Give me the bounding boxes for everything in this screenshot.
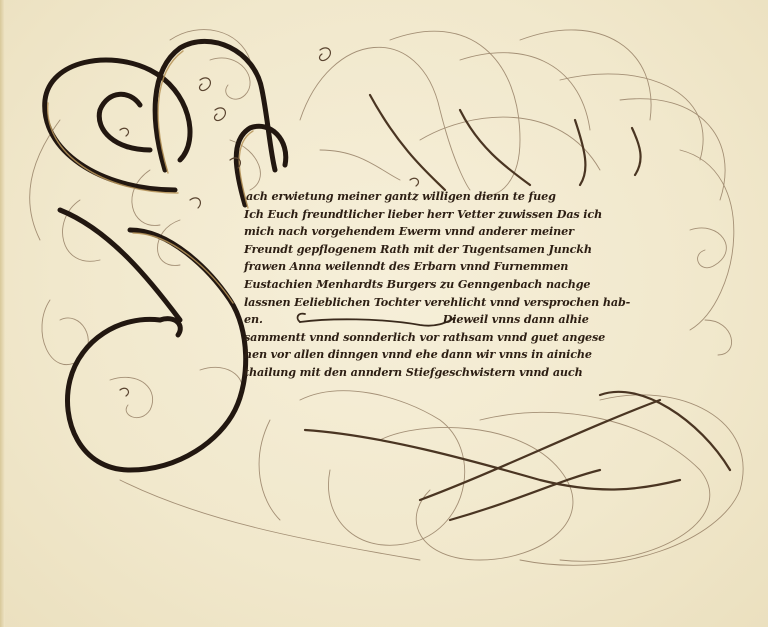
text-line: Eustachien Menhardts Burgers zu Genngenb… — [244, 276, 664, 294]
text-fragment: en. — [244, 312, 263, 326]
text-line: mich nach vorgehendem Ewerm vnnd anderer… — [244, 223, 664, 241]
text-line: hen vor allen dinngen vnnd ehe dann wir … — [244, 346, 664, 364]
text-line: Ich Euch freundtlicher lieber herr Vette… — [244, 206, 664, 224]
manuscript-page: ach erwietung meiner gantz willigen dien… — [0, 0, 768, 627]
text-line: frawen Anna weilenndt des Erbarn vnnd Fu… — [244, 258, 664, 276]
text-fragment: Dieweil vnns dann alhie — [443, 312, 589, 326]
initial-gold-shadow — [48, 51, 253, 303]
text-line: ach erwietung meiner gantz willigen dien… — [246, 188, 664, 206]
text-line: lassnen Eelieblichen Tochter verehlicht … — [244, 294, 664, 312]
text-line-split: en.Dieweil vnns dann alhie — [244, 311, 664, 329]
text-line: thailung mit den anndern Stiefgeschwiste… — [244, 364, 664, 382]
letter-text: ach erwietung meiner gantz willigen dien… — [244, 188, 664, 382]
text-line: Freundt gepflogenem Rath mit der Tugents… — [244, 241, 664, 259]
text-line: sammentt vnnd sonnderlich vor rathsam vn… — [244, 329, 664, 347]
